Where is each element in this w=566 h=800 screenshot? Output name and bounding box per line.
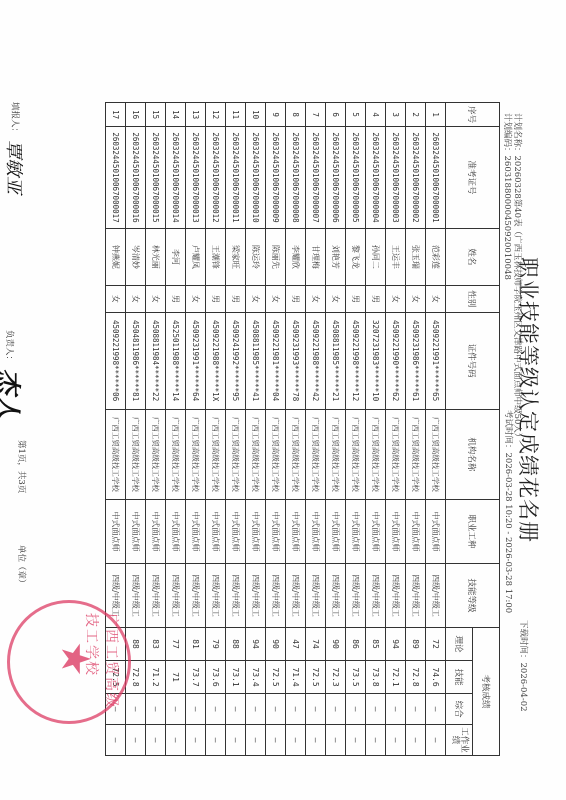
row-theory: 90 [326,627,346,660]
row-seq: 17 [106,103,126,127]
row-level: 四级/中级工 [166,564,186,628]
row-name: 王运丰 [386,228,406,285]
row-work-performance: — [126,725,146,756]
row-seq: 16 [126,103,146,127]
row-skill: 72.1 [386,661,406,694]
responsible-label: 负责人： [4,330,14,364]
row-level: 四级/中级工 [126,564,146,628]
row-gender: 女 [106,286,126,312]
col-occupation: 职业工种 [446,500,500,564]
row-name: 陈丽先 [266,228,286,285]
row-gender: 男 [286,286,306,312]
row-occupation: 中式面点师 [406,500,426,564]
row-org: 广西工贸高级技工学校 [426,409,446,499]
row-work-performance: — [146,725,166,756]
row-seq: 13 [186,103,206,127]
row-skill: 73.1 [226,661,246,694]
row-name: 李耀欣 [286,228,306,285]
row-skill: 73.5 [346,661,366,694]
plan-info: 计划名称：20260328第40表（广西玉林技师学院玉州区文津路中式面点师中级5… [502,113,522,441]
table-row: 526032445010067000005黎飞龙男4509221998*****… [346,103,366,756]
row-id-no: 4509231993******78 [286,312,306,409]
row-occupation: 中式面点师 [326,500,346,564]
row-comprehensive: — [426,694,446,725]
table-row: 826032445010067000008李耀欣男4509231993*****… [286,103,306,756]
row-skill: 71.4 [286,661,306,694]
row-seq: 5 [346,103,366,127]
table-row: 426032445010067000004孙同二男3207231983*****… [366,103,386,756]
row-comprehensive: — [266,694,286,725]
row-name: 范彩莲 [426,228,446,285]
row-exam-no: 26032445010067000007 [306,127,326,228]
row-skill: 72.5 [266,661,286,694]
row-org: 广西工贸高级技工学校 [146,409,166,499]
row-exam-no: 26032445010067000002 [406,127,426,228]
row-id-no: 4509241992******95 [226,312,246,409]
row-name: 钟燕妮 [106,228,126,285]
row-gender: 女 [266,286,286,312]
row-comprehensive: — [326,694,346,725]
score-roster-table: 序号 准考证号 姓名 性别 证件号码 机构名称 职业工种 技能等级 考核成绩 理… [105,102,500,756]
row-exam-no: 26032445010067000009 [266,127,286,228]
row-work-performance: — [286,725,306,756]
row-org: 广西工贸高级技工学校 [226,409,246,499]
col-gender: 性别 [446,286,500,312]
row-org: 广西工贸高级技工学校 [366,409,386,499]
table-header-row: 序号 准考证号 姓名 性别 证件号码 机构名称 职业工种 技能等级 考核成绩 [473,103,500,756]
row-seq: 4 [366,103,386,127]
row-theory: 94 [386,627,406,660]
row-skill: 72.3 [326,661,346,694]
row-exam-no: 26032445010067000013 [186,127,206,228]
table-row: 1126032445010067000011梁家旺男4509241992****… [226,103,246,756]
row-gender: 男 [226,286,246,312]
download-time: 下载时间：2026-04-02 [518,620,528,712]
row-id-no: 4508811985******21 [326,312,346,409]
row-occupation: 中式面点师 [286,500,306,564]
table-row: 1326032445010067000013卢耀凤女4509231991****… [186,103,206,756]
filler-label: 填报人： [10,102,20,136]
row-comprehensive: — [406,694,426,725]
row-org: 广西工贸高级技工学校 [186,409,206,499]
row-comprehensive: — [226,694,246,725]
row-work-performance: — [266,725,286,756]
row-org: 广西工贸高级技工学校 [346,409,366,499]
row-skill: 74.6 [426,661,446,694]
row-id-no: 4509231986******61 [406,312,426,409]
row-occupation: 中式面点师 [306,500,326,564]
row-comprehensive: — [386,694,406,725]
row-work-performance: — [226,725,246,756]
row-exam-no: 26032445010067000010 [246,127,266,228]
row-skill: 73.7 [186,661,206,694]
row-seq: 11 [226,103,246,127]
row-gender: 女 [126,286,146,312]
row-work-performance: — [306,725,326,756]
row-level: 四级/中级工 [306,564,326,628]
row-occupation: 中式面点师 [166,500,186,564]
row-comprehensive: — [306,694,326,725]
row-level: 四级/中级工 [406,564,426,628]
row-gender: 女 [246,286,266,312]
col-id-no: 证件号码 [446,312,500,409]
row-theory: 77 [166,627,186,660]
row-exam-no: 26032445010067000001 [426,127,446,228]
row-seq: 10 [246,103,266,127]
responsible-field: 负责人：杰人 [0,330,28,420]
row-gender: 女 [146,286,166,312]
row-name: 卢耀凤 [186,228,206,285]
row-exam-no: 26032445010067000016 [126,127,146,228]
row-level: 四级/中级工 [146,564,166,628]
row-org: 广西工贸高级技工学校 [306,409,326,499]
row-name: 梁家旺 [226,228,246,285]
table-row: 326032445010067000003王运丰女4509221990*****… [386,103,406,756]
row-level: 四级/中级工 [246,564,266,628]
row-name: 张玉瑞 [406,228,426,285]
row-comprehensive: — [366,694,386,725]
row-org: 广西工贸高级技工学校 [126,409,146,499]
row-exam-no: 26032445010067000008 [286,127,306,228]
row-comprehensive: — [166,694,186,725]
row-level: 四级/中级工 [326,564,346,628]
row-skill: 73.8 [366,661,386,694]
row-level: 四级/中级工 [346,564,366,628]
star-icon: ★ [55,641,95,677]
row-skill: 73.4 [246,661,266,694]
col-level: 技能等级 [446,564,500,628]
row-name: 甘理梅 [306,228,326,285]
row-theory: 74 [306,627,326,660]
row-gender: 女 [186,286,206,312]
row-occupation: 中式面点师 [386,500,406,564]
unit-seal-label: 单位（章） [16,545,28,588]
row-seq: 6 [326,103,346,127]
document-viewport: 职业技能等级认定成绩花名册 计划名称：20260328第40表（广西玉林技师学院… [0,0,566,800]
row-work-performance: — [106,725,126,756]
col-skill: 技能 [446,661,473,694]
table-row: 1226032445010067000012王潮锋男4509221988****… [206,103,226,756]
col-name: 姓名 [446,228,500,285]
table-row: 126032445010067000001范彩莲女4509221991*****… [426,103,446,756]
responsible-signature: 杰人 [0,368,22,420]
row-comprehensive: — [146,694,166,725]
row-gender: 女 [426,286,446,312]
row-theory: 83 [146,627,166,660]
row-comprehensive: — [126,694,146,725]
row-seq: 9 [266,103,286,127]
row-level: 四级/中级工 [186,564,206,628]
row-comprehensive: — [286,694,306,725]
row-occupation: 中式面点师 [126,500,146,564]
row-occupation: 中式面点师 [146,500,166,564]
row-gender: 男 [206,286,226,312]
row-occupation: 中式面点师 [206,500,226,564]
row-org: 广西工贸高级技工学校 [206,409,226,499]
row-comprehensive: — [346,694,366,725]
row-gender: 男 [166,286,186,312]
row-seq: 14 [166,103,186,127]
row-work-performance: — [186,725,206,756]
row-theory: 88 [226,627,246,660]
row-seq: 7 [306,103,326,127]
row-work-performance: — [366,725,386,756]
row-work-performance: — [246,725,266,756]
row-id-no: 4509221988******1X [206,312,226,409]
row-seq: 8 [286,103,306,127]
col-work-performance: 工作业绩 [446,725,473,756]
row-occupation: 中式面点师 [246,500,266,564]
row-id-no: 3207231983******10 [366,312,386,409]
row-id-no: 4525011988******14 [166,312,186,409]
row-exam-no: 26032445010067000011 [226,127,246,228]
row-name: 黎飞龙 [346,228,366,285]
row-work-performance: — [206,725,226,756]
row-exam-no: 26032445010067000003 [386,127,406,228]
row-gender: 女 [326,286,346,312]
table-row: 926032445010067000009陈丽先女4509221981*****… [266,103,286,756]
row-id-no: 4509221988******42 [306,312,326,409]
row-occupation: 中式面点师 [426,500,446,564]
row-gender: 女 [306,286,326,312]
row-seq: 2 [406,103,426,127]
score-roster-page: 职业技能等级认定成绩花名册 计划名称：20260328第40表（广西玉林技师学院… [0,0,566,800]
row-gender: 女 [386,286,406,312]
row-id-no: 4504811986******81 [126,312,146,409]
table-row: 626032445010067000006刘艳芳女4508811985*****… [326,103,346,756]
row-comprehensive: — [206,694,226,725]
row-theory: 72 [426,627,446,660]
table-body: 126032445010067000001范彩莲女4509221991*****… [106,103,446,756]
row-occupation: 中式面点师 [266,500,286,564]
row-level: 四级/中级工 [366,564,386,628]
row-seq: 1 [426,103,446,127]
row-name: 陈运玲 [246,228,266,285]
col-org: 机构名称 [446,409,500,499]
row-skill: 73.6 [206,661,226,694]
row-org: 广西工贸高级技工学校 [106,409,126,499]
row-id-no: 4508811985******41 [246,312,266,409]
row-name: 王潮锋 [206,228,226,285]
row-id-no: 4509231991******64 [186,312,206,409]
row-theory: 90 [266,627,286,660]
row-work-performance: — [346,725,366,756]
row-id-no: 4509221998******12 [346,312,366,409]
row-work-performance: — [406,725,426,756]
plan-code: 计划编码：26031880000450920010048 [502,113,512,441]
row-id-no: 4509221990******62 [386,312,406,409]
row-work-performance: — [326,725,346,756]
row-id-no: 4509221991******65 [426,312,446,409]
row-gender: 女 [406,286,426,312]
row-org: 广西工贸高级技工学校 [286,409,306,499]
plan-name: 计划名称：20260328第40表（广西玉林技师学院玉州区文津路中式面点师中级5… [512,113,522,441]
row-exam-no: 26032445010067000017 [106,127,126,228]
row-exam-no: 26032445010067000015 [146,127,166,228]
table-row: 1026032445010067000010陈运玲女4508811985****… [246,103,266,756]
table-row: 1526032445010067000015林光丽女4508811984****… [146,103,166,756]
row-skill: 72.5 [306,661,326,694]
row-id-no: 4509221981******04 [266,312,286,409]
row-seq: 12 [206,103,226,127]
row-gender: 男 [366,286,386,312]
row-gender: 男 [346,286,366,312]
row-level: 四级/中级工 [106,564,126,628]
row-exam-no: 26032445010067000004 [366,127,386,228]
row-name: 李河 [166,228,186,285]
row-theory: 79 [206,627,226,660]
table-row: 726032445010067000007甘理梅女4509221988*****… [306,103,326,756]
row-org: 广西工贸高级技工学校 [166,409,186,499]
row-theory: 81 [186,627,206,660]
col-theory: 理论 [446,627,473,660]
row-org: 广西工贸高级技工学校 [266,409,286,499]
table-row: 226032445010067000002张玉瑞女4509231986*****… [406,103,426,756]
row-theory: 88 [126,627,146,660]
col-comprehensive: 综合 [446,694,473,725]
table-row: 1726032445010067000017钟燕妮女4509221998****… [106,103,126,756]
row-exam-no: 26032445010067000006 [326,127,346,228]
row-comprehensive: — [186,694,206,725]
row-skill: 72.8 [406,661,426,694]
row-seq: 15 [146,103,166,127]
col-seq: 序号 [446,103,500,127]
row-theory: 85 [366,627,386,660]
row-exam-no: 26032445010067000012 [206,127,226,228]
row-work-performance: — [386,725,406,756]
row-level: 四级/中级工 [226,564,246,628]
row-org: 广西工贸高级技工学校 [326,409,346,499]
row-theory: 94 [246,627,266,660]
col-scores-group: 考核成绩 [473,627,500,755]
row-occupation: 中式面点师 [106,500,126,564]
row-id-no: 4509221998******06 [106,312,126,409]
row-theory: 47 [286,627,306,660]
page-number: 第1页，共3页 [16,440,28,493]
row-name: 岑清妙 [126,228,146,285]
exam-time: 考试时间：2026-03-28 10:20 - 2026-03-28 17:00 [503,410,513,613]
row-occupation: 中式面点师 [346,500,366,564]
row-comprehensive: — [106,694,126,725]
row-skill: 72.5 [106,661,126,694]
row-occupation: 中式面点师 [186,500,206,564]
filler-signature: 覃敏亚 [3,140,24,194]
row-org: 广西工贸高级技工学校 [406,409,426,499]
row-org: 广西工贸高级技工学校 [246,409,266,499]
row-level: 四级/中级工 [286,564,306,628]
row-work-performance: — [426,725,446,756]
row-exam-no: 26032445010067000005 [346,127,366,228]
row-name: 孙同二 [366,228,386,285]
row-exam-no: 26032445010067000014 [166,127,186,228]
table-row: 1626032445010067000016岑清妙女4504811986****… [126,103,146,756]
row-occupation: 中式面点师 [366,500,386,564]
row-theory: 89 [406,627,426,660]
row-id-no: 4508811984******22 [146,312,166,409]
table-row: 1426032445010067000014李河男4525011988*****… [166,103,186,756]
row-level: 四级/中级工 [386,564,406,628]
row-skill: 72.8 [126,661,146,694]
row-level: 四级/中级工 [426,564,446,628]
row-name: 林光丽 [146,228,166,285]
row-comprehensive: — [246,694,266,725]
row-skill: 71.2 [146,661,166,694]
row-theory [106,627,126,660]
row-org: 广西工贸高级技工学校 [386,409,406,499]
row-level: 四级/中级工 [266,564,286,628]
row-skill: 71 [166,661,186,694]
col-exam-no: 准考证号 [446,127,500,228]
row-occupation: 中式面点师 [226,500,246,564]
row-name: 刘艳芳 [326,228,346,285]
row-seq: 3 [386,103,406,127]
row-level: 四级/中级工 [206,564,226,628]
row-theory: 86 [346,627,366,660]
row-work-performance: — [166,725,186,756]
filler-field: 填报人：覃敏亚 [2,102,28,194]
